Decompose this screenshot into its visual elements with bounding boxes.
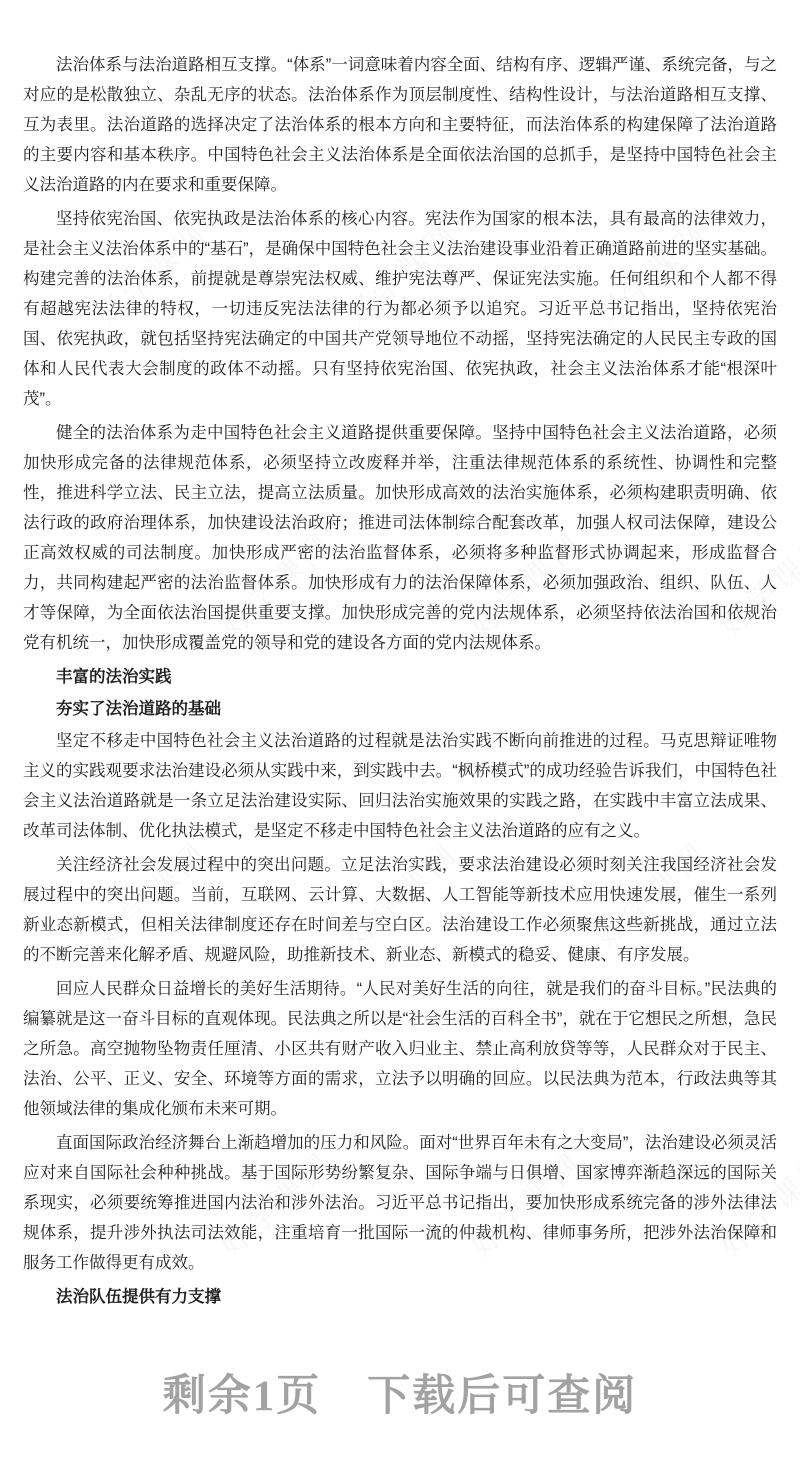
- document-page: 好学课网好学课网好学课网好学课网好学课网好学课网好学课网好学课网好学课网好学课网…: [0, 0, 800, 1478]
- paragraph: 回应人民群众日益增长的美好生活期待。“人民对美好生活的向往，就是我们的奋斗目标。…: [23, 974, 777, 1124]
- paragraph: 关注经济社会发展过程中的突出问题。立足法治实践，要求法治建设必须时刻关注我国经济…: [23, 850, 777, 970]
- paragraph: 法治体系与法治道路相互支撑。“体系”一词意味着内容全面、结构有序、逻辑严谨、系统…: [23, 50, 777, 200]
- section-heading: 法治队伍提供有力支撑: [23, 1282, 777, 1312]
- paragraph: 健全的法治体系为走中国特色社会主义道路提供重要保障。坚持中国特色社会主义法治道路…: [23, 418, 777, 658]
- remaining-pages-label: 剩余1页: [163, 1373, 322, 1420]
- download-hint-label: 下载后可查阅: [367, 1373, 637, 1420]
- paragraph: 直面国际政治经济舞台上渐趋增加的压力和风险。面对“世界百年未有之大变局”，法治建…: [23, 1128, 777, 1278]
- section-heading: 丰富的法治实践: [23, 662, 777, 692]
- download-prompt-banner[interactable]: 剩余1页下载后可查阅: [0, 1362, 800, 1423]
- paragraph: 坚定不移走中国特色社会主义法治道路的过程就是法治实践不断向前推进的过程。马克思辩…: [23, 726, 777, 846]
- section-heading: 夯实了法治道路的基础: [23, 694, 777, 724]
- paragraph: 坚持依宪治国、依宪执政是法治体系的核心内容。宪法作为国家的根本法，具有最高的法律…: [23, 204, 777, 414]
- document-content: 法治体系与法治道路相互支撑。“体系”一词意味着内容全面、结构有序、逻辑严谨、系统…: [23, 50, 777, 1314]
